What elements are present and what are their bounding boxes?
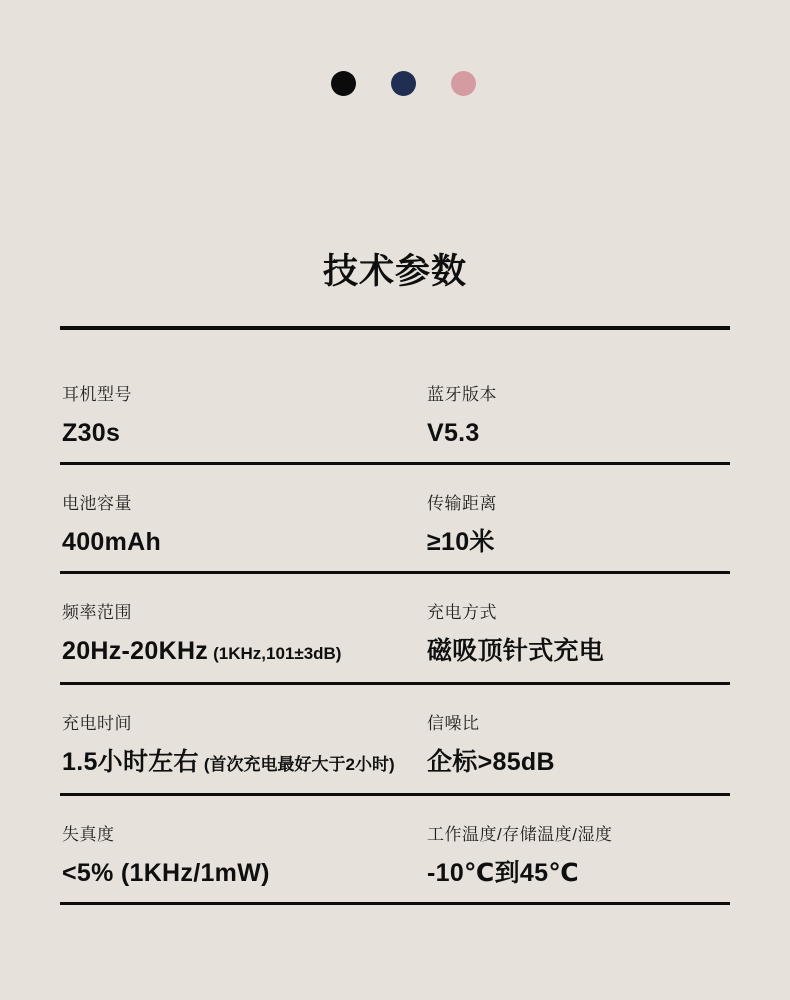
spec-label: 耳机型号 — [62, 383, 425, 407]
spec-value-text: <5% (1KHz/1mW) — [62, 859, 270, 887]
spec-cell-frequency: 频率范围 20Hz-20KHz(1KHz,101±3dB) — [60, 601, 425, 670]
spec-value-text: 企标>85dB — [427, 748, 555, 776]
spec-note: (1KHz,101±3dB) — [213, 644, 341, 663]
spec-label: 蓝牙版本 — [427, 383, 730, 407]
spec-value-text: 20Hz-20KHz — [62, 637, 208, 665]
dot-navy-icon — [391, 71, 416, 96]
spec-label: 传输距离 — [427, 492, 730, 516]
spec-cell-charge-time: 充电时间 1.5小时左右(首次充电最好大于2小时) — [60, 712, 425, 781]
spec-cell-temperature: 工作温度/存储温度/湿度 -10℃到45℃ — [425, 823, 730, 890]
spec-value: V5.3 — [427, 417, 730, 450]
spec-value-text: 磁吸顶针式充电 — [427, 637, 604, 665]
spec-row-1: 耳机型号 Z30s 蓝牙版本 V5.3 — [60, 330, 730, 465]
pagination-dots — [8, 0, 790, 96]
spec-cell-distortion: 失真度 <5% (1KHz/1mW) — [60, 823, 425, 890]
spec-value: -10℃到45℃ — [427, 857, 730, 890]
spec-table: 耳机型号 Z30s 蓝牙版本 V5.3 电池容量 400mAh 传输距离 ≥10… — [60, 330, 730, 905]
spec-value-text: Z30s — [62, 419, 120, 447]
spec-row-3: 频率范围 20Hz-20KHz(1KHz,101±3dB) 充电方式 磁吸顶针式… — [60, 574, 730, 685]
spec-value: 400mAh — [62, 526, 425, 559]
spec-cell-model: 耳机型号 Z30s — [60, 383, 425, 450]
spec-value: 企标>85dB — [427, 746, 730, 779]
spec-cell-bluetooth: 蓝牙版本 V5.3 — [425, 383, 730, 450]
spec-value-text: 400mAh — [62, 528, 161, 556]
spec-label: 工作温度/存储温度/湿度 — [427, 823, 730, 847]
spec-row-2: 电池容量 400mAh 传输距离 ≥10米 — [60, 465, 730, 574]
spec-value: 20Hz-20KHz(1KHz,101±3dB) — [62, 635, 425, 670]
spec-value-text: ≥10米 — [427, 528, 495, 556]
spec-row-5: 失真度 <5% (1KHz/1mW) 工作温度/存储温度/湿度 -10℃到45℃ — [60, 796, 730, 905]
page-title: 技术参数 — [0, 254, 790, 290]
spec-label: 信噪比 — [427, 712, 730, 736]
spec-label: 充电时间 — [62, 712, 425, 736]
spec-cell-range: 传输距离 ≥10米 — [425, 492, 730, 559]
spec-value: Z30s — [62, 417, 425, 450]
spec-value-text: V5.3 — [427, 419, 480, 447]
spec-value: ≥10米 — [427, 526, 730, 559]
spec-note: (首次充电最好大于2小时) — [204, 755, 395, 774]
spec-label: 失真度 — [62, 823, 425, 847]
spec-value-text: -10℃到45℃ — [427, 859, 579, 887]
spec-label: 频率范围 — [62, 601, 425, 625]
dot-pink-icon — [451, 71, 476, 96]
spec-cell-battery: 电池容量 400mAh — [60, 492, 425, 559]
spec-value: 磁吸顶针式充电 — [427, 635, 730, 668]
spec-cell-snr: 信噪比 企标>85dB — [425, 712, 730, 781]
spec-cell-charging-method: 充电方式 磁吸顶针式充电 — [425, 601, 730, 670]
spec-value: 1.5小时左右(首次充电最好大于2小时) — [62, 746, 425, 781]
spec-label: 充电方式 — [427, 601, 730, 625]
spec-label: 电池容量 — [62, 492, 425, 516]
spec-row-4: 充电时间 1.5小时左右(首次充电最好大于2小时) 信噪比 企标>85dB — [60, 685, 730, 796]
spec-value: <5% (1KHz/1mW) — [62, 857, 425, 890]
spec-value-text: 1.5小时左右 — [62, 748, 199, 776]
dot-black-icon — [331, 71, 356, 96]
spec-sheet-page: 技术参数 耳机型号 Z30s 蓝牙版本 V5.3 电池容量 400mAh 传输距… — [0, 0, 790, 1000]
